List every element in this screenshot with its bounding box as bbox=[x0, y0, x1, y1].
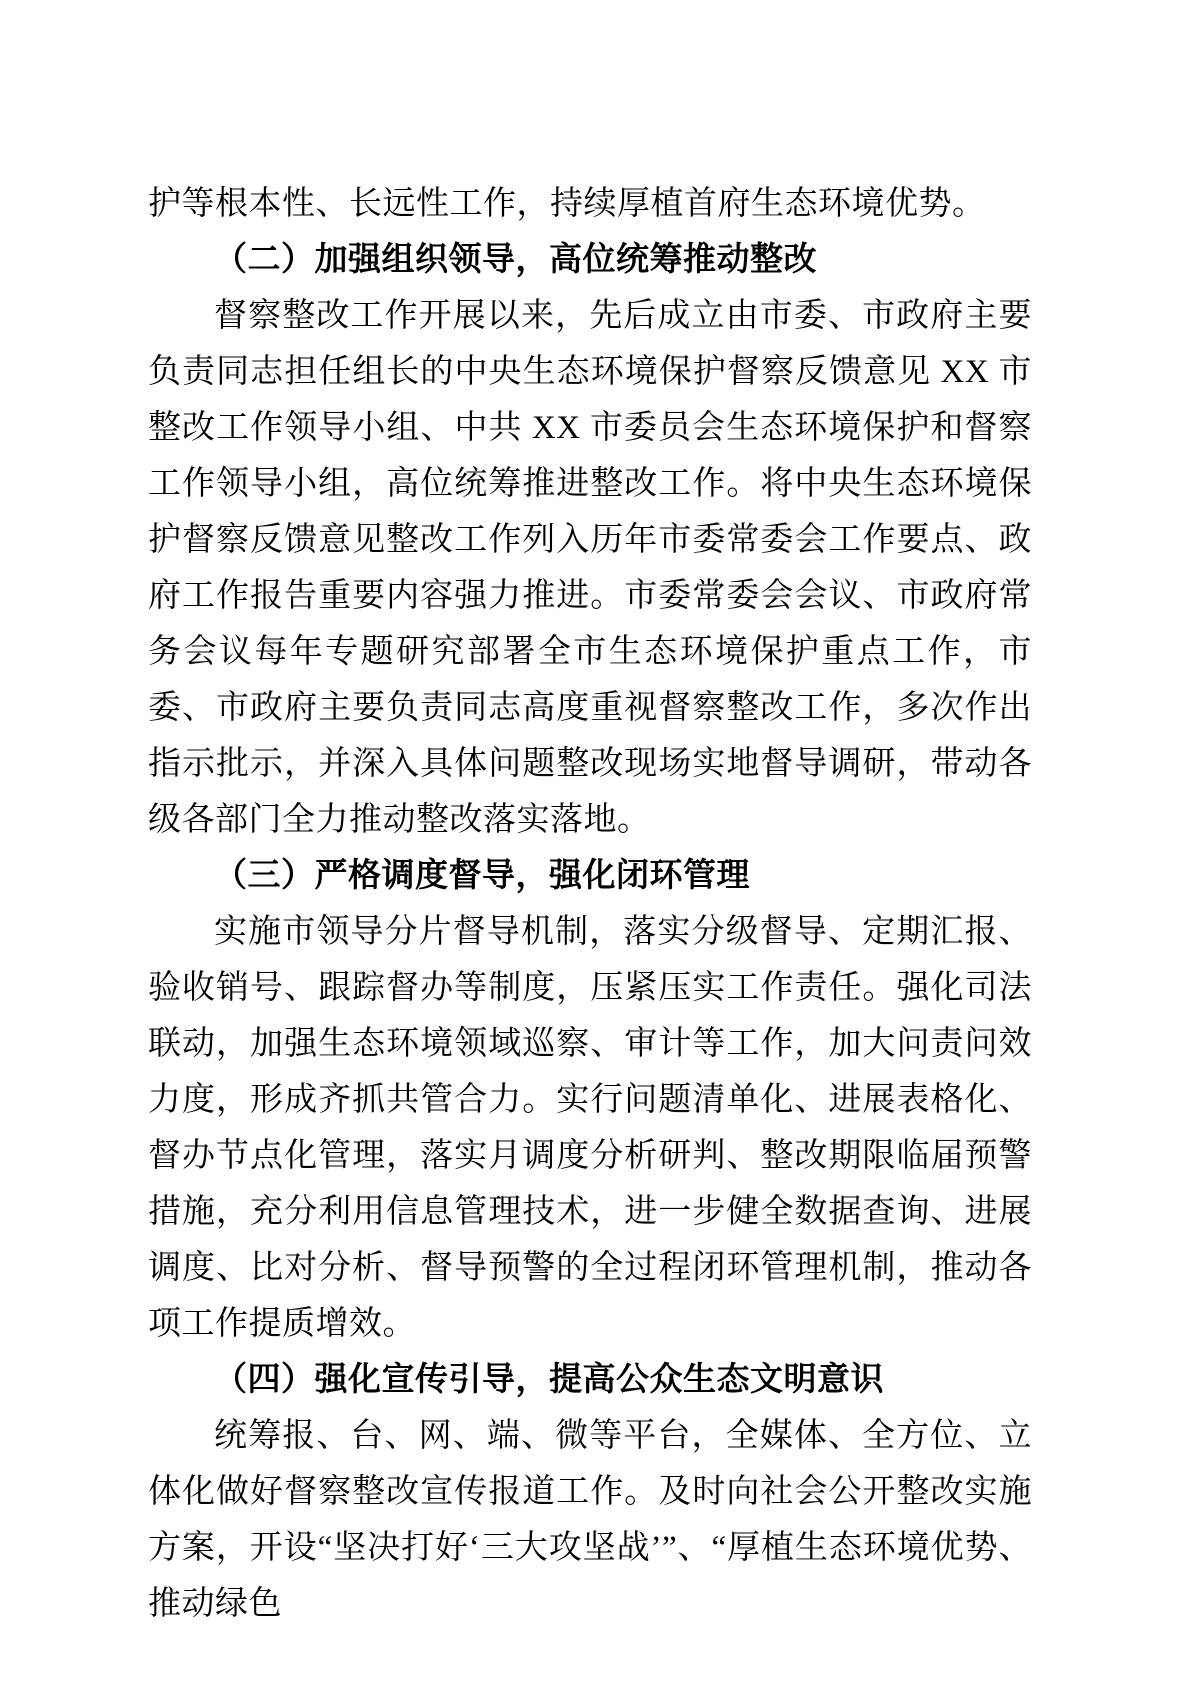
paragraph-section-3: 实施市领导分片督导机制，落实分级督导、定期汇报、验收销号、跟踪督办等制度，压紧压… bbox=[148, 904, 1032, 1352]
section-heading-2: （二）加强组织领导，高位统筹推动整改 bbox=[148, 232, 1032, 288]
document-page: 护等根本性、长远性工作，持续厚植首府生态环境优势。 （二）加强组织领导，高位统筹… bbox=[0, 0, 1190, 1683]
paragraph-section-4: 统筹报、台、网、端、微等平台，全媒体、全方位、立体化做好督察整改宣传报道工作。及… bbox=[148, 1408, 1032, 1632]
paragraph-continuation: 护等根本性、长远性工作，持续厚植首府生态环境优势。 bbox=[148, 176, 1032, 232]
paragraph-section-2: 督察整改工作开展以来，先后成立由市委、市政府主要负责同志担任组长的中央生态环境保… bbox=[148, 288, 1032, 848]
section-heading-3: （三）严格调度督导，强化闭环管理 bbox=[148, 848, 1032, 904]
document-content: 护等根本性、长远性工作，持续厚植首府生态环境优势。 （二）加强组织领导，高位统筹… bbox=[148, 176, 1032, 1632]
section-heading-4: （四）强化宣传引导，提高公众生态文明意识 bbox=[148, 1352, 1032, 1408]
